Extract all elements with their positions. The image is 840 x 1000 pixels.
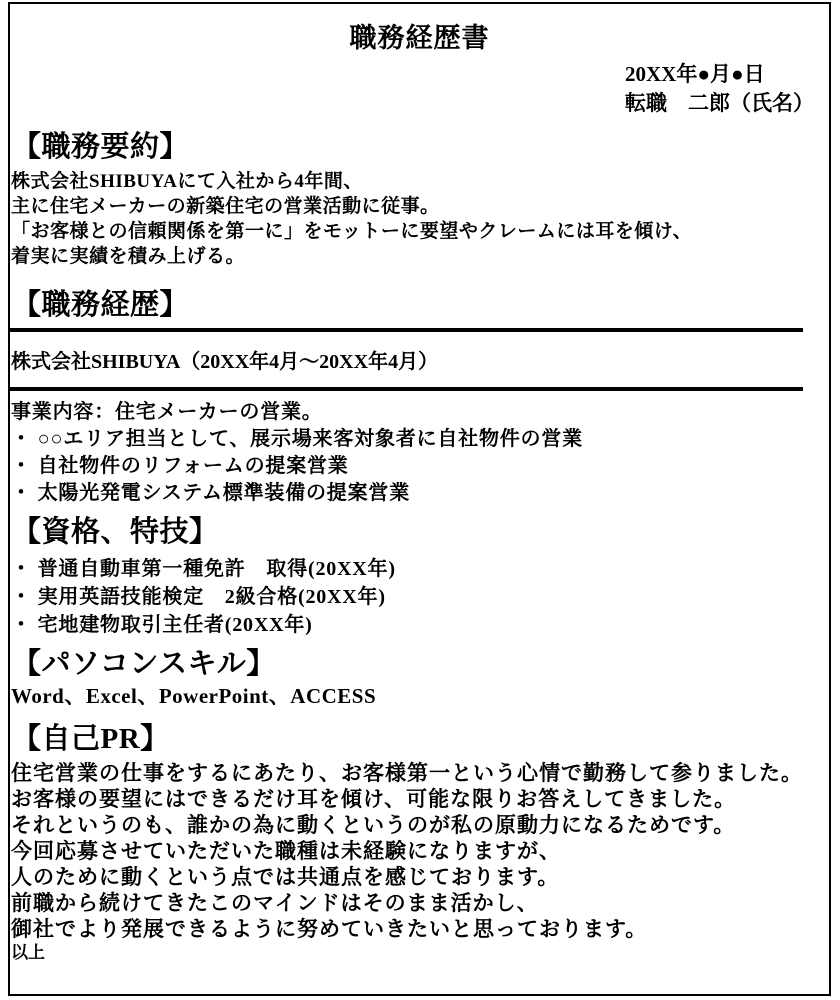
section-heading-job-summary: 【職務要約】 <box>10 130 829 164</box>
company-and-period: 株式会社SHIBUYA（20XX年4月～20XX年4月） <box>10 349 829 375</box>
qualification-item: ・ 実用英語技能検定 2級合格(20XX年) <box>10 583 829 611</box>
summary-line: 「お客様との信頼関係を第一に」をモットーに要望やクレームには耳を傾け、 <box>10 219 829 244</box>
horizontal-rule <box>10 387 803 391</box>
self-pr-line: 今回応募させていただいた職種は未経験になりますが、 <box>10 838 829 864</box>
section-heading-pc-skills: 【パソコンスキル】 <box>10 647 829 681</box>
self-pr-line: それというのも、誰かの為に動くというのが私の原動力になるためです。 <box>10 812 829 838</box>
pc-skills-list: Word、Excel、PowerPoint、ACCESS <box>10 685 829 708</box>
summary-line: 株式会社SHIBUYAにて入社から4年間、 <box>10 169 829 194</box>
document-title: 職務経歴書 <box>10 22 829 54</box>
self-pr-paragraph: 住宅営業の仕事をするにあたり、お客様第一という心情で勤務して参りました。 お客様… <box>10 760 829 942</box>
self-pr-line: 住宅営業の仕事をするにあたり、お客様第一という心情で勤務して参りました。 <box>10 760 829 786</box>
self-pr-line: 御社でより発展できるように努めていきたいと思っております。 <box>10 916 829 942</box>
date-name-block: 20XX年●月●日 転職 二郎（氏名） <box>625 60 829 118</box>
section-heading-qualifications: 【資格、特技】 <box>10 515 829 549</box>
business-line: ・ ○○エリア担当として、展示場来客対象者に自社物件の営業 <box>10 426 829 453</box>
business-line: ・ 太陽光発電システム標準装備の提案営業 <box>10 480 829 507</box>
summary-line: 着実に実績を積み上げる。 <box>10 244 829 269</box>
business-line: ・ 自社物件のリフォームの提案営業 <box>10 453 829 480</box>
self-pr-line: お客様の要望にはできるだけ耳を傾け、可能な限りお答えしてきました。 <box>10 786 829 812</box>
qualifications-list: ・ 普通自動車第一種免許 取得(20XX年) ・ 実用英語技能検定 2級合格(2… <box>10 555 829 639</box>
qualification-item: ・ 普通自動車第一種免許 取得(20XX年) <box>10 555 829 583</box>
self-pr-line: 前職から続けてきたこのマインドはそのまま活かし、 <box>10 890 829 916</box>
job-summary-paragraph: 株式会社SHIBUYAにて入社から4年間、 主に住宅メーカーの新築住宅の営業活動… <box>10 169 829 269</box>
resume-document: 職務経歴書 20XX年●月●日 転職 二郎（氏名） 【職務要約】 株式会社SHI… <box>8 2 831 996</box>
applicant-name: 転職 二郎（氏名） <box>625 89 829 118</box>
summary-line: 主に住宅メーカーの新築住宅の営業活動に従事。 <box>10 194 829 219</box>
document-date: 20XX年●月●日 <box>625 60 829 89</box>
section-heading-self-pr: 【自己PR】 <box>10 722 829 756</box>
horizontal-rule <box>10 328 803 332</box>
business-line: 事業内容：住宅メーカーの営業。 <box>10 399 829 426</box>
qualification-item: ・ 宅地建物取引主任者(20XX年) <box>10 611 829 639</box>
business-description-block: 事業内容：住宅メーカーの営業。 ・ ○○エリア担当として、展示場来客対象者に自社… <box>10 399 829 507</box>
closing-ijou: 以上 <box>10 942 829 963</box>
section-heading-work-history: 【職務経歴】 <box>10 288 829 322</box>
self-pr-line: 人のために動くという点では共通点を感じております。 <box>10 864 829 890</box>
